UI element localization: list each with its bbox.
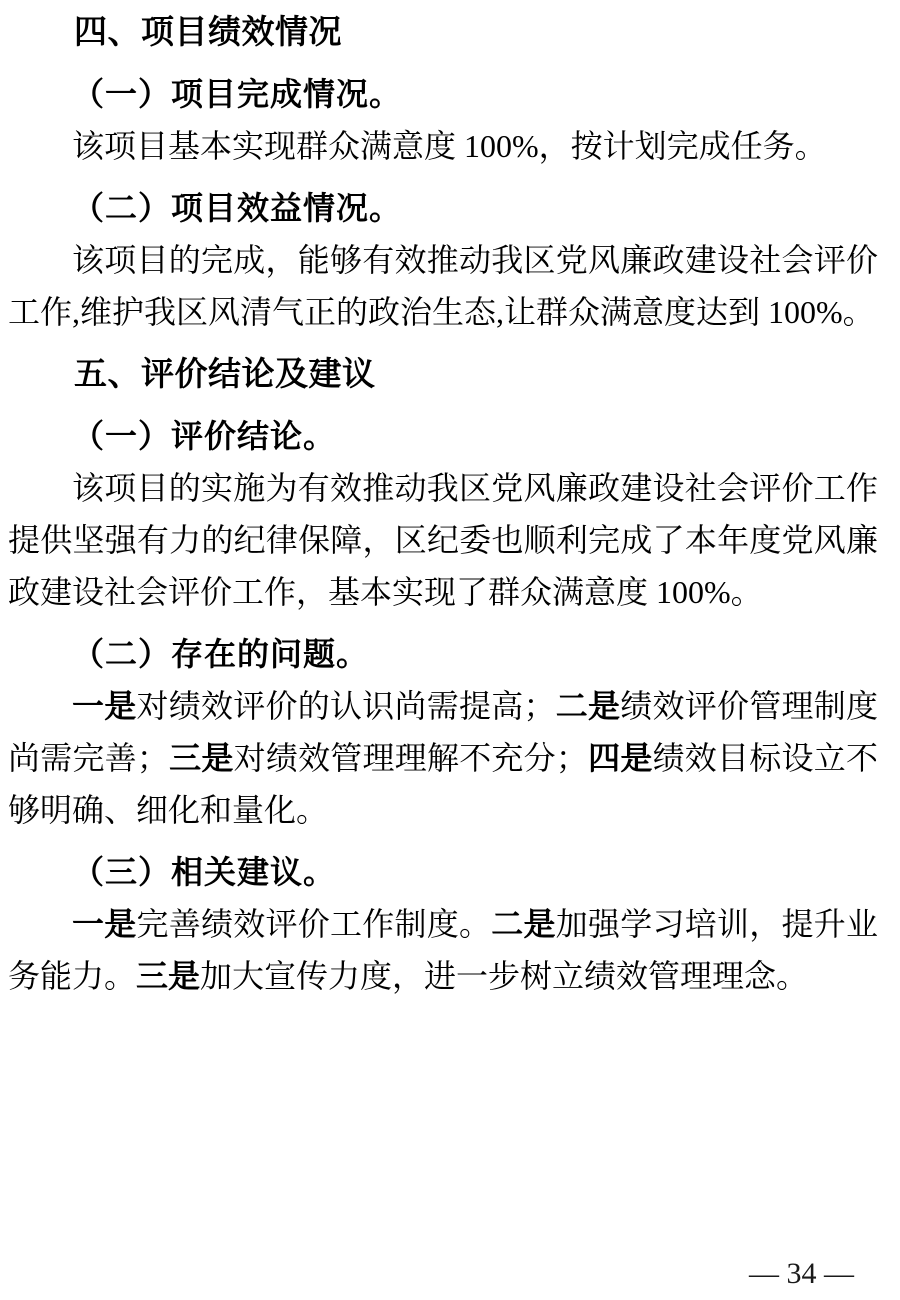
text-run-marker: 二是 [491,906,556,942]
paragraph-related-suggestions: 一是完善绩效评价工作制度。二是加强学习培训，提升业务能力。三是加大宣传力度，进一… [8,898,878,1002]
text-run: 对绩效管理理解不充分； [234,740,588,776]
subsection-heading-related-suggestions: （三）相关建议。 [8,846,878,898]
subsection-heading-evaluation-conclusion: （一）评价结论。 [8,410,878,462]
section-heading-conclusion-suggestions: 五、评价结论及建议 [8,348,878,400]
paragraph-existing-problems: 一是对绩效评价的认识尚需提高；二是绩效评价管理制度尚需完善；三是对绩效管理理解不… [8,680,878,836]
text-run-marker: 三是 [136,958,200,994]
text-run: 完善绩效评价工作制度。 [137,906,492,942]
section-heading-project-performance: 四、项目绩效情况 [8,6,878,58]
document-page: 四、项目绩效情况 （一）项目完成情况。 该项目基本实现群众满意度 100%，按计… [0,0,900,1300]
paragraph-project-benefit: 该项目的完成，能够有效推动我区党风廉政建设社会评价工作,维护我区风清气正的政治生… [8,234,878,338]
text-run: 该项目的实施为有效推动我区党风廉政建设社会评价工作提供坚强有力的纪律保障，区纪委… [8,470,878,610]
paragraph-evaluation-conclusion: 该项目的实施为有效推动我区党风廉政建设社会评价工作提供坚强有力的纪律保障，区纪委… [8,462,878,618]
text-run-marker: 一是 [72,688,137,724]
text-run: 加大宣传力度，进一步树立绩效管理理念。 [200,958,808,994]
text-run-marker: 三是 [169,740,234,776]
text-run-marker: 四是 [588,740,653,776]
text-run: 对绩效评价的认识尚需提高； [137,688,556,724]
page-number: — 34 — [749,1256,854,1292]
subsection-heading-project-benefit: （二）项目效益情况。 [8,182,878,234]
text-run-marker: 二是 [555,688,620,724]
subsection-heading-project-completion: （一）项目完成情况。 [8,68,878,120]
text-run: 该项目的完成，能够有效推动我区党风廉政建设社会评价工作,维护我区风清气正的政治生… [8,242,878,330]
subsection-heading-existing-problems: （二）存在的问题。 [8,628,878,680]
text-run-marker: 一是 [72,906,137,942]
text-run: 该项目基本实现群众满意度 100%，按计划完成任务。 [72,128,827,164]
paragraph-project-completion: 该项目基本实现群众满意度 100%，按计划完成任务。 [8,120,878,172]
